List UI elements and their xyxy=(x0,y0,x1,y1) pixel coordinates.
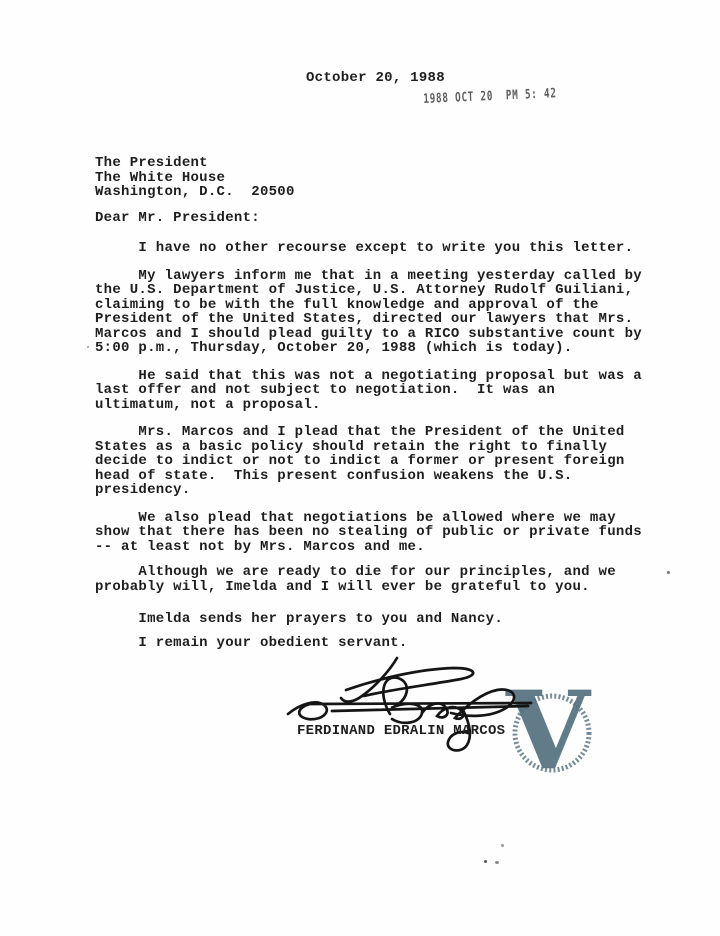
letter-date: October 20, 1988 xyxy=(306,71,445,86)
scan-speck xyxy=(495,861,499,864)
paragraph-6: Although we are ready to die for our pri… xyxy=(95,565,655,594)
salutation: Dear Mr. President: xyxy=(95,211,260,226)
scan-speck xyxy=(667,571,670,574)
letter-page: October 20, 1988 1988 OCT 20 PM 5: 42 Th… xyxy=(0,0,720,936)
received-date-stamp: 1988 OCT 20 PM 5: 42 xyxy=(423,86,557,107)
scan-speck xyxy=(501,844,504,847)
letter-body: I have no other recourse except to write… xyxy=(95,241,655,650)
signature-name: FERDINAND EDRALIN MARCOS xyxy=(297,724,505,739)
paragraph-1: I have no other recourse except to write… xyxy=(95,241,655,256)
scan-speck xyxy=(87,346,89,348)
handwritten-signature-icon xyxy=(270,648,542,760)
scan-speck xyxy=(484,860,487,863)
paragraph-5: We also plead that negotiations be allow… xyxy=(95,511,655,555)
paragraph-7: Imelda sends her prayers to you and Nanc… xyxy=(95,612,655,627)
recipient-address: The President The White House Washington… xyxy=(95,156,295,200)
paragraph-2: My lawyers inform me that in a meeting y… xyxy=(95,269,655,356)
paragraph-3: He said that this was not a negotiating … xyxy=(95,369,655,413)
paragraph-4: Mrs. Marcos and I plead that the Preside… xyxy=(95,425,655,498)
